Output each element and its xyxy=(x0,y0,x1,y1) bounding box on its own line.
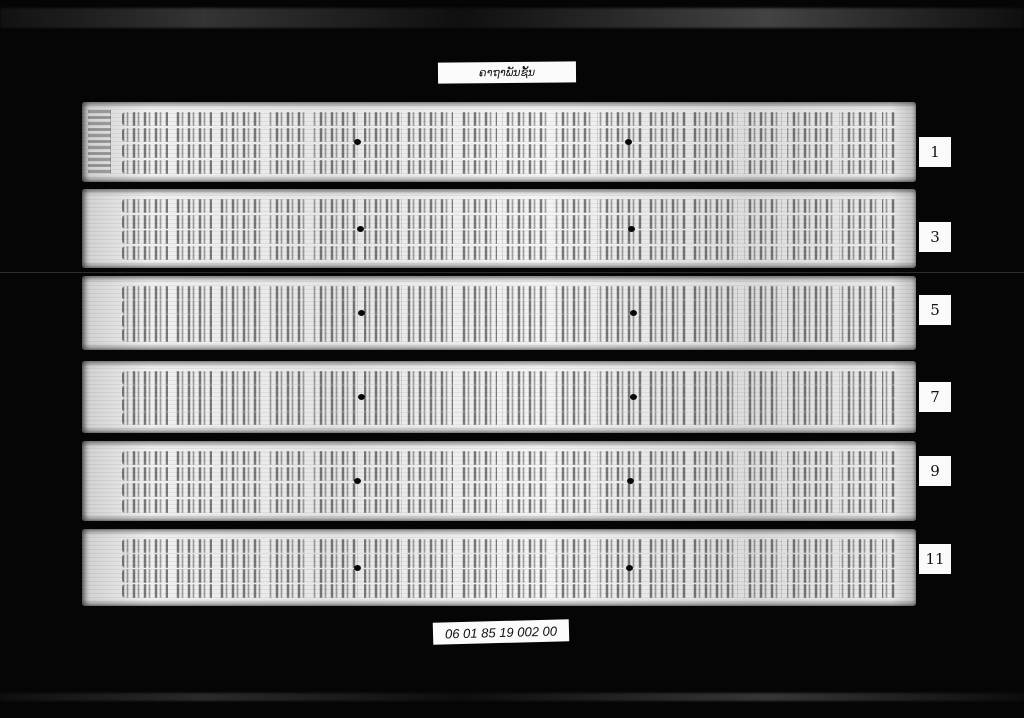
script-line xyxy=(122,539,896,553)
binding-hole xyxy=(354,565,361,571)
script-line xyxy=(122,467,896,481)
script-line xyxy=(122,328,896,342)
script-line xyxy=(122,144,896,158)
script-line xyxy=(122,554,896,568)
script-line xyxy=(122,451,896,465)
script-line xyxy=(122,412,896,426)
script-line xyxy=(122,286,896,300)
manuscript-leaf-3 xyxy=(82,189,916,268)
script-line xyxy=(122,246,896,260)
script-line xyxy=(122,584,896,598)
binding-hole xyxy=(625,139,632,145)
manuscript-leaf-1 xyxy=(82,102,916,182)
leaf-script-lines xyxy=(122,539,896,598)
leaf-number-label-7: 7 xyxy=(919,382,951,412)
script-line xyxy=(122,160,896,174)
leaf-number-label-3: 3 xyxy=(919,222,951,252)
leaf-number-label-9: 9 xyxy=(919,456,951,486)
scan-edge-bottom xyxy=(0,693,1024,701)
script-line xyxy=(122,230,896,244)
scan-edge-top xyxy=(0,8,1024,28)
script-line xyxy=(122,215,896,229)
leaf-margin-annotation xyxy=(88,110,111,174)
leaf-number-label-11: 11 xyxy=(919,544,951,574)
manuscript-code-label: 06 01 85 19 002 00 xyxy=(433,619,570,645)
script-line xyxy=(122,300,896,314)
scan-artifact-line xyxy=(0,272,1024,273)
binding-hole xyxy=(358,394,365,400)
leaf-number-label-5: 5 xyxy=(919,295,951,325)
leaf-script-lines xyxy=(122,199,896,260)
script-line xyxy=(122,112,896,126)
script-line xyxy=(122,128,896,142)
binding-hole xyxy=(626,565,633,571)
binding-hole xyxy=(354,478,361,484)
script-line xyxy=(122,371,896,385)
binding-hole xyxy=(354,139,361,145)
binding-hole xyxy=(357,226,364,232)
script-line xyxy=(122,314,896,328)
script-line xyxy=(122,483,896,497)
binding-hole xyxy=(627,478,634,484)
script-line xyxy=(122,569,896,583)
script-line xyxy=(122,385,896,399)
leaf-script-lines xyxy=(122,286,896,342)
leaf-script-lines xyxy=(122,371,896,425)
manuscript-leaf-7 xyxy=(82,361,916,433)
leaf-number-label-1: 1 xyxy=(919,137,951,167)
manuscript-leaf-11 xyxy=(82,529,916,606)
binding-hole xyxy=(628,226,635,232)
manuscript-leaf-9 xyxy=(82,441,916,521)
script-line xyxy=(122,499,896,513)
leaf-script-lines xyxy=(122,451,896,513)
binding-hole xyxy=(630,394,637,400)
manuscript-title-label: ຄາຖາພັນຊັ້ນ xyxy=(438,61,576,83)
script-line xyxy=(122,199,896,213)
leaf-script-lines xyxy=(122,112,896,174)
binding-hole xyxy=(630,310,637,316)
script-line xyxy=(122,398,896,412)
manuscript-leaf-5 xyxy=(82,276,916,350)
binding-hole xyxy=(358,310,365,316)
